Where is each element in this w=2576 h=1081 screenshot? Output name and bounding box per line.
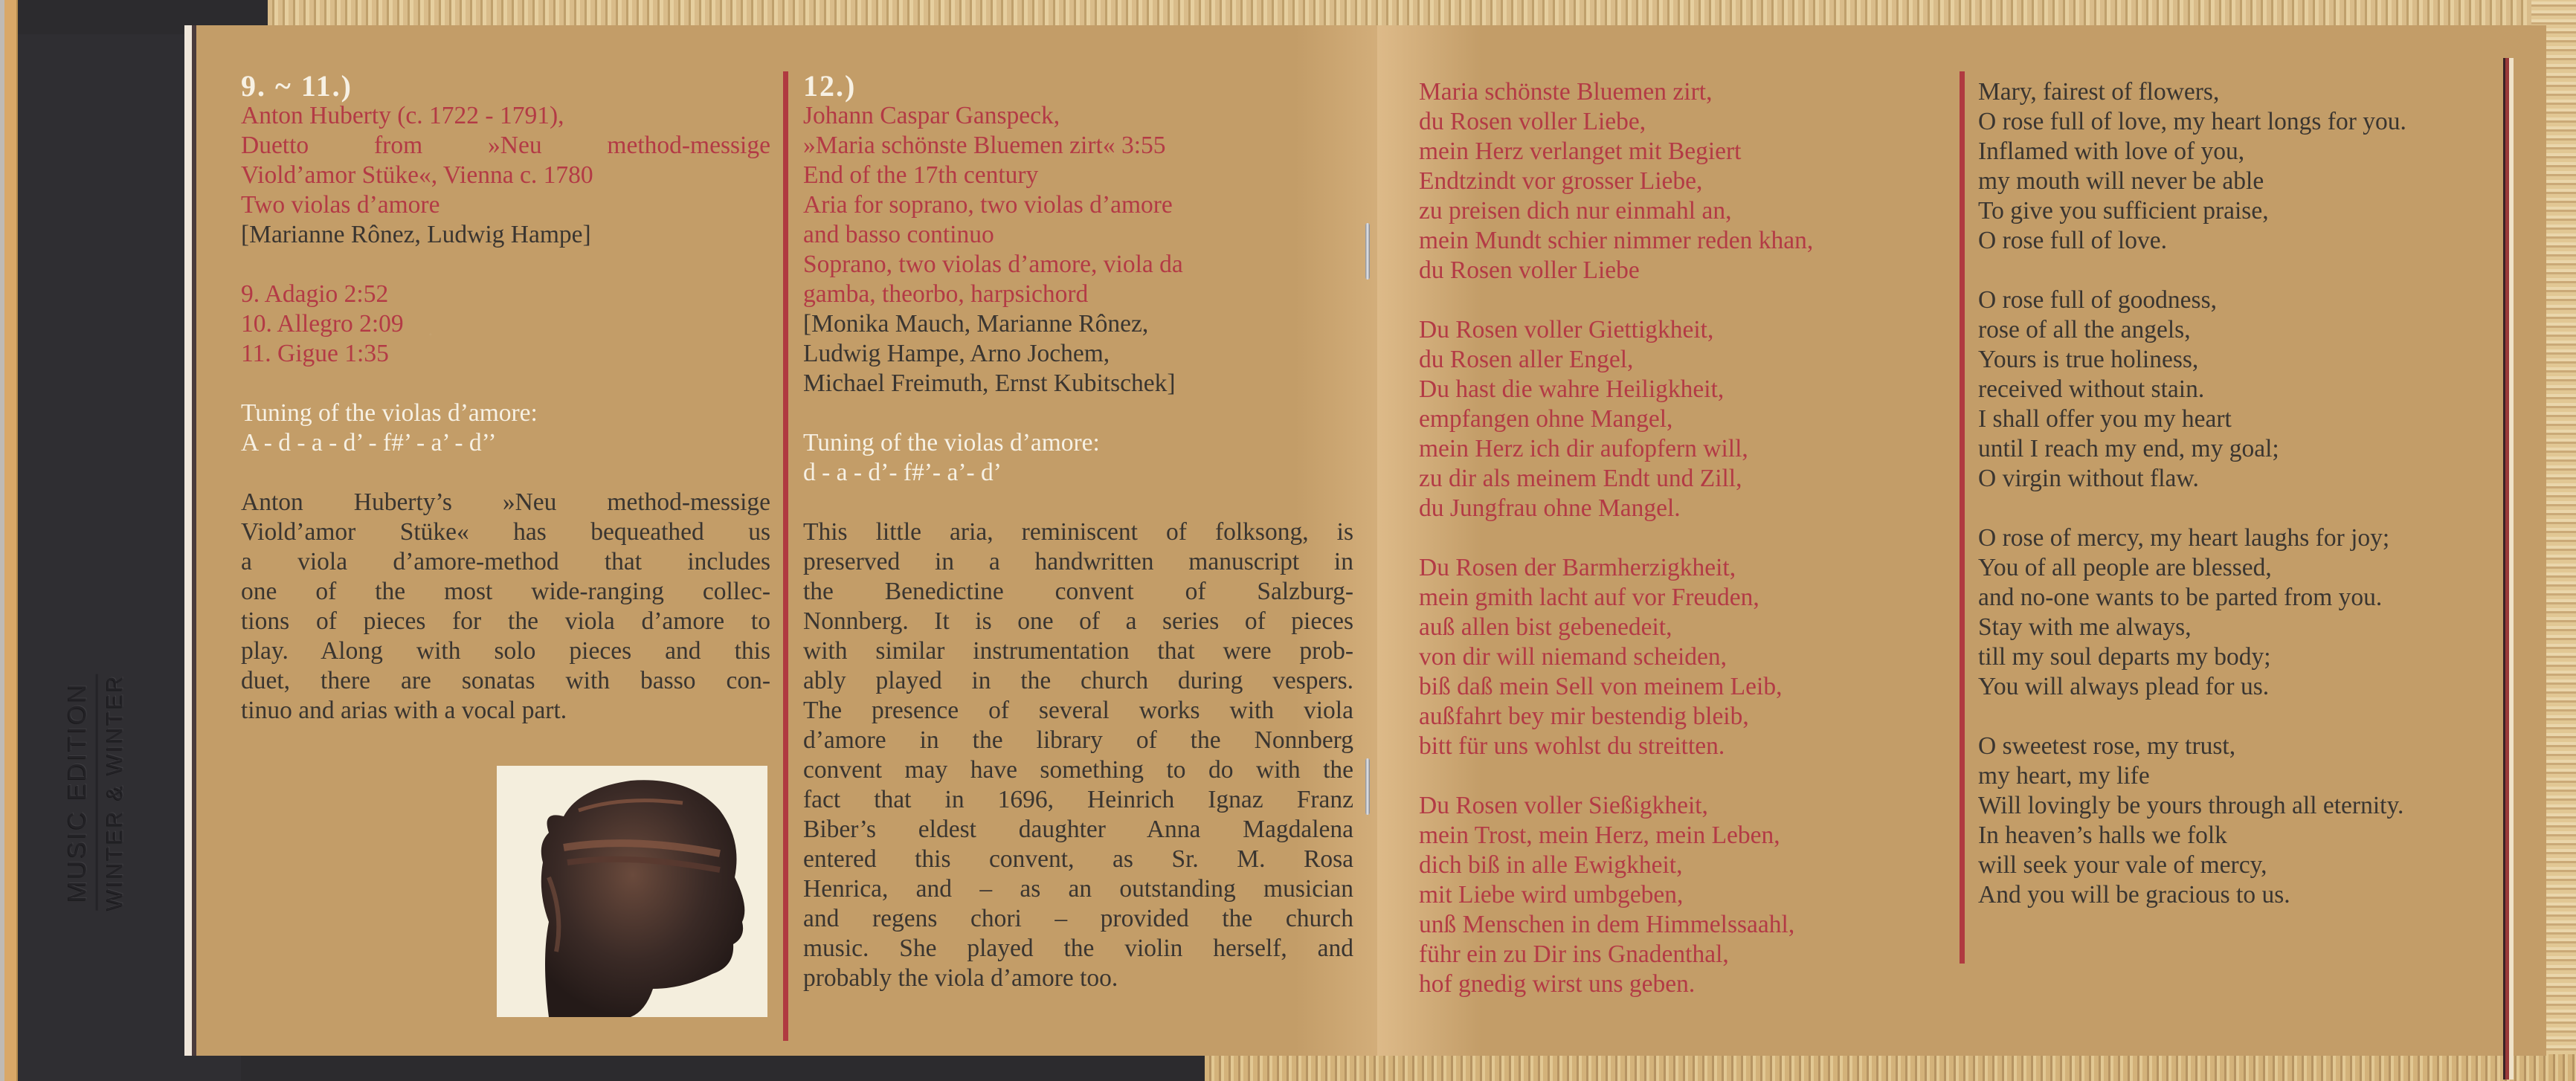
track-list: 9. Adagio 2:52 10. Allegro 2:09 11. Gigu…: [241, 280, 770, 369]
column-rule-2: [1960, 71, 1965, 964]
track-item: 11. Gigue 1:35: [241, 339, 770, 369]
composer-line: Johann Caspar Ganspeck,: [803, 101, 1353, 131]
translation-stanza: O rose full of goodness, rose of all the…: [1978, 285, 2528, 494]
composer-info: Johann Caspar Ganspeck, »Maria schönste …: [803, 101, 1353, 309]
track-heading: 12.): [803, 71, 1353, 101]
staple-top: [1365, 223, 1370, 280]
composer-line: gamba, theorbo, harpsichord: [803, 280, 1353, 309]
track-item: 10. Allegro 2:09: [241, 309, 770, 339]
composer-line: and basso continuo: [803, 220, 1353, 250]
case-edge-left: [0, 0, 18, 1081]
composer-line: Soprano, two violas d’amore, viola da: [803, 250, 1353, 280]
description-text: This little aria, reminiscent of folkson…: [803, 517, 1353, 993]
staple-bottom: [1365, 758, 1370, 815]
tuning-value: d - a - d’- f#’- a’- d’: [803, 458, 1353, 488]
composer-line: »Maria schönste Bluemen zirt« 3:55: [803, 131, 1353, 161]
performers: [Marianne Rônez, Ludwig Hampe]: [241, 220, 770, 250]
english-translation: Mary, fairest of flowers, O rose full of…: [1978, 77, 2528, 910]
lyrics-stanza: Du Rosen der Barmherzigkheit, mein gmith…: [1419, 553, 1954, 761]
track-heading: 9. ~ 11.): [241, 71, 770, 101]
composer-info: Anton Huberty (c. 1722 - 1791), Duetto f…: [241, 101, 770, 220]
composer-line: Anton Huberty (c. 1722 - 1791),: [241, 101, 770, 131]
lyrics-stanza: Maria schönste Bluemen zirt, du Rosen vo…: [1419, 77, 1954, 285]
embossed-label: MUSIC EDITION WINTER & WINTER: [45, 669, 149, 914]
translation-stanza: Mary, fairest of flowers, O rose full of…: [1978, 77, 2528, 256]
sculpture-head-icon: [497, 766, 767, 1017]
composer-line: End of the 17th century: [803, 161, 1353, 190]
column-rule-1: [783, 71, 788, 1041]
lyrics-stanza: Du Rosen voller Giettigkheit, du Rosen a…: [1419, 315, 1954, 523]
tuning-value: A - d - a - d’ - f#’ - a’ - d’’: [241, 428, 770, 458]
description-text: Anton Huberty’s »Neu method-messige Viol…: [241, 488, 770, 726]
tuning-label: Tuning of the violas d’amore:: [803, 428, 1353, 458]
emboss-line-1: MUSIC EDITION: [64, 682, 92, 902]
track-12-section: 12.) Johann Caspar Ganspeck, »Maria schö…: [803, 71, 1353, 993]
track-9-11-section: 9. ~ 11.) Anton Huberty (c. 1722 - 1791)…: [241, 71, 770, 726]
tuning-label: Tuning of the violas d’amore:: [241, 398, 770, 428]
track-item: 9. Adagio 2:52: [241, 280, 770, 309]
composer-line: Two violas d’amore: [241, 190, 770, 220]
translation-stanza: O sweetest rose, my trust, my heart, my …: [1978, 732, 2528, 910]
performers: [Monika Mauch, Marianne Rônez, Ludwig Ha…: [803, 309, 1353, 398]
case-top-edge: [268, 0, 2576, 27]
composer-line: Duetto from »Neu method-messige: [241, 131, 770, 161]
sculpture-head-image: [497, 766, 767, 1017]
case-bottom-edge: [1205, 1054, 2576, 1081]
composer-line: Aria for soprano, two violas d’amore: [803, 190, 1353, 220]
composer-line: Viold’amor Stüke«, Vienna c. 1780: [241, 161, 770, 190]
lyrics-stanza: Du Rosen voller Sießigkheit, mein Trost,…: [1419, 791, 1954, 999]
german-lyrics: Maria schönste Bluemen zirt, du Rosen vo…: [1419, 77, 1954, 999]
translation-stanza: O rose of mercy, my heart laughs for joy…: [1978, 523, 2528, 702]
emboss-line-2: WINTER & WINTER: [96, 674, 134, 910]
